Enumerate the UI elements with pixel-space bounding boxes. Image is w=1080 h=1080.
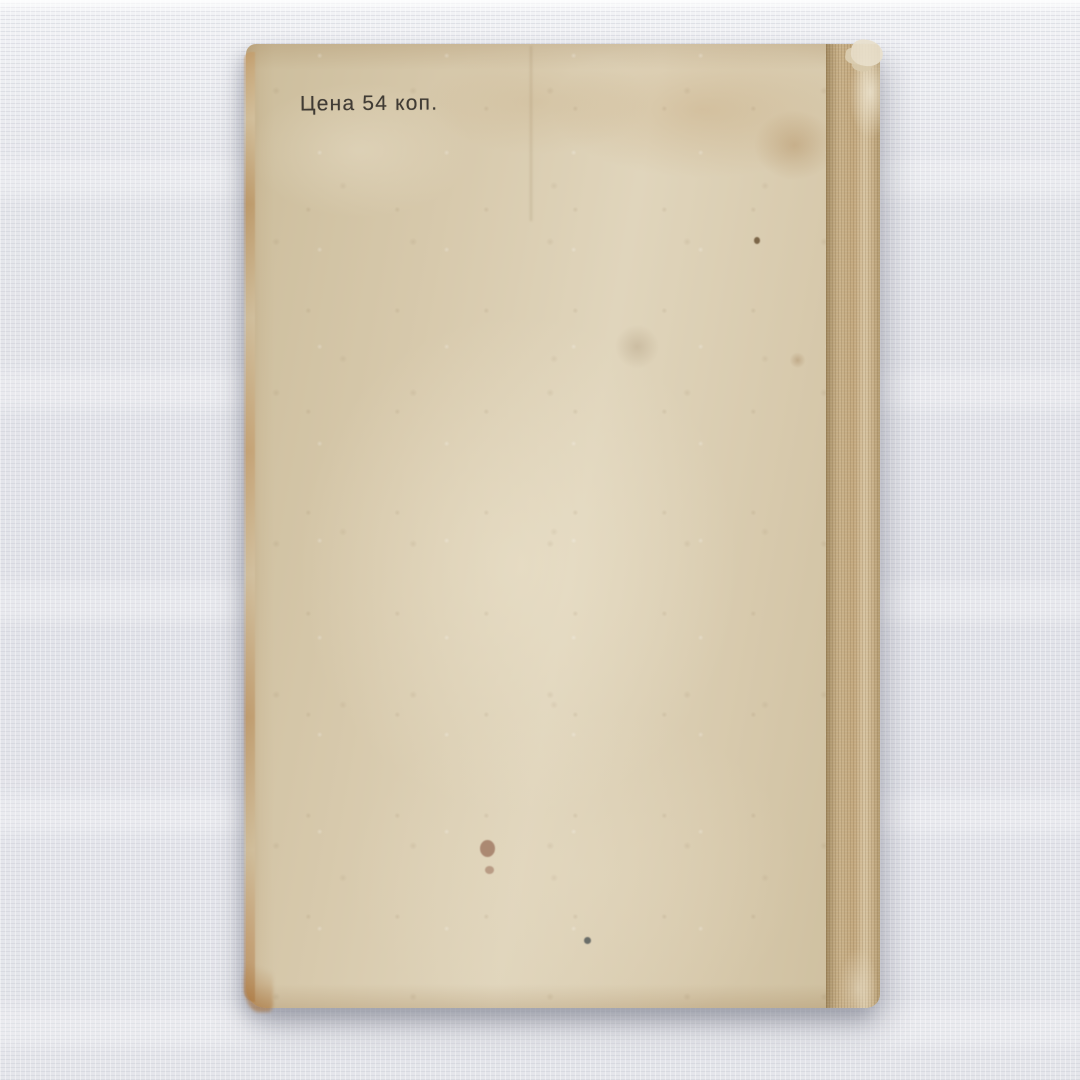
page-edges-left [244,52,255,1002]
frayed-corner [849,38,885,69]
paper-grain-texture [246,44,880,1008]
photo-canvas: Цена 54 коп. [0,0,1080,1080]
light-glare [0,0,1080,14]
cover-crease [530,46,532,221]
stain-spot [480,840,495,857]
stain-speck [584,937,591,944]
spine-cloth-strip [826,44,880,1008]
price-label: Цена 54 коп. [300,92,438,117]
corner-wear-stain [243,954,273,1012]
stain-speck [754,237,760,244]
book-back-cover: Цена 54 коп. [246,44,880,1008]
stain-spot [485,866,494,874]
